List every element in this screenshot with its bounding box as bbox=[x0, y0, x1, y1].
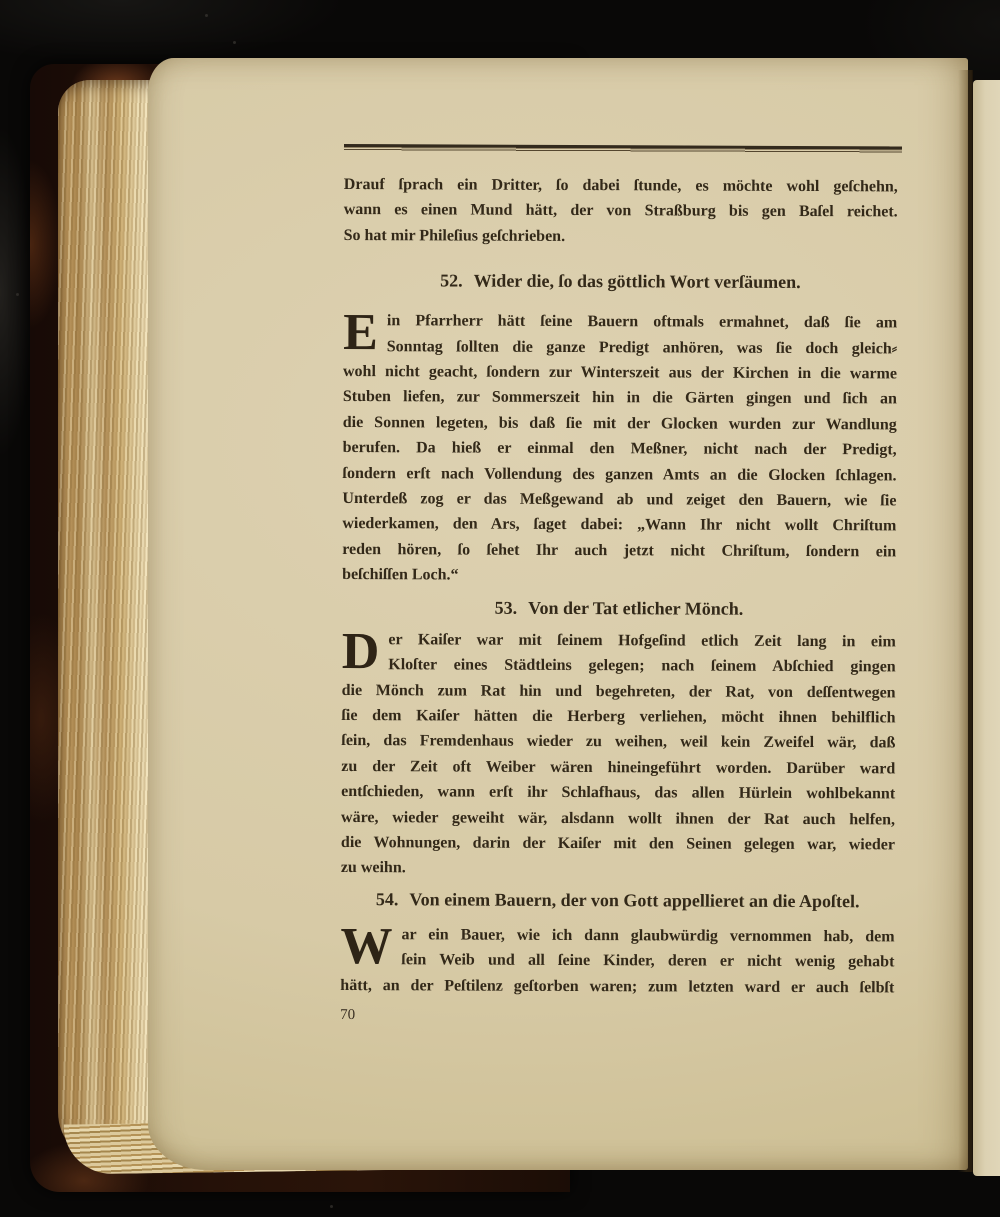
text-line: zu der Zeit oft Weiber wären hineingefüh… bbox=[341, 754, 895, 782]
facing-page-edge bbox=[973, 80, 1000, 1176]
text-line: er Kaiſer war mit ſeinem Hofgeſind etlic… bbox=[342, 627, 896, 655]
section-title: Von der Tat etlicher Mönch. bbox=[528, 597, 743, 618]
text-line: ſein, das Fremdenhaus wieder zu weihen, … bbox=[341, 728, 895, 756]
text-line: Stuben liefen, zur Sommerszeit hin in di… bbox=[343, 384, 897, 412]
text-line: wäre, wieder geweiht wär, alsdann wollt … bbox=[341, 805, 895, 833]
section-heading-53: 53.Von der Tat etlicher Mönch. bbox=[342, 593, 896, 623]
text-line: Unterdeß zog er das Meßgewand ab und zei… bbox=[342, 486, 896, 514]
dust-speck bbox=[233, 41, 236, 44]
page-fore-edge-stack bbox=[58, 80, 162, 1164]
gutter-crease bbox=[958, 70, 973, 1172]
text-line: entſchieden, wann erſt ihr Schlafhaus, d… bbox=[341, 779, 895, 807]
text-line: die Wohnungen, darin der Kaiſer mit den … bbox=[341, 830, 895, 858]
header-rule bbox=[344, 144, 902, 153]
text-line: beſchiſſen Loch.“ bbox=[342, 562, 896, 590]
section-heading-54: 54.Von einem Bauern, der von Gott appell… bbox=[341, 885, 895, 915]
photo-scene: Drauf ſprach ein Dritter, ſo dabei ſtund… bbox=[0, 0, 1000, 1217]
section-title: Von einem Bauern, der von Gott appellier… bbox=[409, 889, 859, 911]
text-line: wiederkamen, den Ars, ſaget dabei: „Wann… bbox=[342, 511, 896, 539]
dust-speck bbox=[205, 14, 208, 17]
dropcap-initial: E bbox=[343, 311, 378, 357]
text-line: ar ein Bauer, wie ich dann glaubwürdig v… bbox=[340, 922, 894, 950]
text-line: berufen. Da hieß er einmal den Meßner, n… bbox=[343, 435, 897, 463]
text-line: Sonntag ſollten die ganze Predigt anhöre… bbox=[343, 334, 897, 362]
paragraph-continuation: Drauf ſprach ein Dritter, ſo dabei ſtund… bbox=[344, 172, 898, 251]
text-line: ſie dem Kaiſer hätten die Herberg verlie… bbox=[341, 703, 895, 731]
dropcap-initial: D bbox=[342, 630, 380, 676]
text-line: Kloſter eines Städtleins gelegen; nach ſ… bbox=[342, 652, 896, 680]
section-heading-52: 52.Wider die, ſo das göttlich Wort verſä… bbox=[343, 266, 897, 296]
section-number: 53. bbox=[495, 597, 518, 617]
section-number: 52. bbox=[440, 271, 463, 291]
text-line: die Mönch zum Rat hin und begehreten, de… bbox=[342, 677, 896, 705]
dust-speck bbox=[330, 1205, 333, 1208]
text-line: wann es einen Mund hätt, der von Straßbu… bbox=[344, 197, 898, 225]
section-number: 54. bbox=[376, 889, 399, 909]
text-line: zu weihn. bbox=[341, 855, 895, 883]
text-line: ſondern erſt nach Vollendung des ganzen … bbox=[343, 461, 897, 489]
section-52-paragraph: E in Pfarrherr hätt ſeine Bauern oftmals… bbox=[342, 308, 897, 590]
section-54-paragraph: W ar ein Bauer, wie ich dann glaubwürdig… bbox=[340, 922, 894, 1001]
text-line: So hat mir Phileſius geſchrieben. bbox=[344, 223, 898, 251]
dropcap-initial: W bbox=[340, 925, 392, 971]
book-page: Drauf ſprach ein Dritter, ſo dabei ſtund… bbox=[148, 58, 968, 1170]
text-line: die Sonnen legeten, bis daß ſie mit der … bbox=[343, 410, 897, 438]
text-line: Drauf ſprach ein Dritter, ſo dabei ſtund… bbox=[344, 172, 898, 200]
text-line: in Pfarrherr hätt ſeine Bauern oftmals e… bbox=[343, 308, 897, 336]
text-line: hätt, an der Peſtilenz geſtorben waren; … bbox=[340, 973, 894, 1001]
text-line: ſein Weib und all ſeine Kinder, deren er… bbox=[340, 947, 894, 975]
text-line: reden hören, ſo ſehet Ihr auch jetzt nic… bbox=[342, 537, 896, 565]
section-53-paragraph: D er Kaiſer war mit ſeinem Hofgeſind etl… bbox=[341, 627, 896, 883]
section-title: Wider die, ſo das göttlich Wort verſäume… bbox=[474, 271, 801, 292]
text-block: Drauf ſprach ein Dritter, ſo dabei ſtund… bbox=[340, 144, 898, 1026]
dust-speck bbox=[16, 293, 19, 296]
page-number: 70 bbox=[340, 1007, 894, 1026]
text-line: wohl nicht geacht, ſondern zur Wintersze… bbox=[343, 359, 897, 387]
